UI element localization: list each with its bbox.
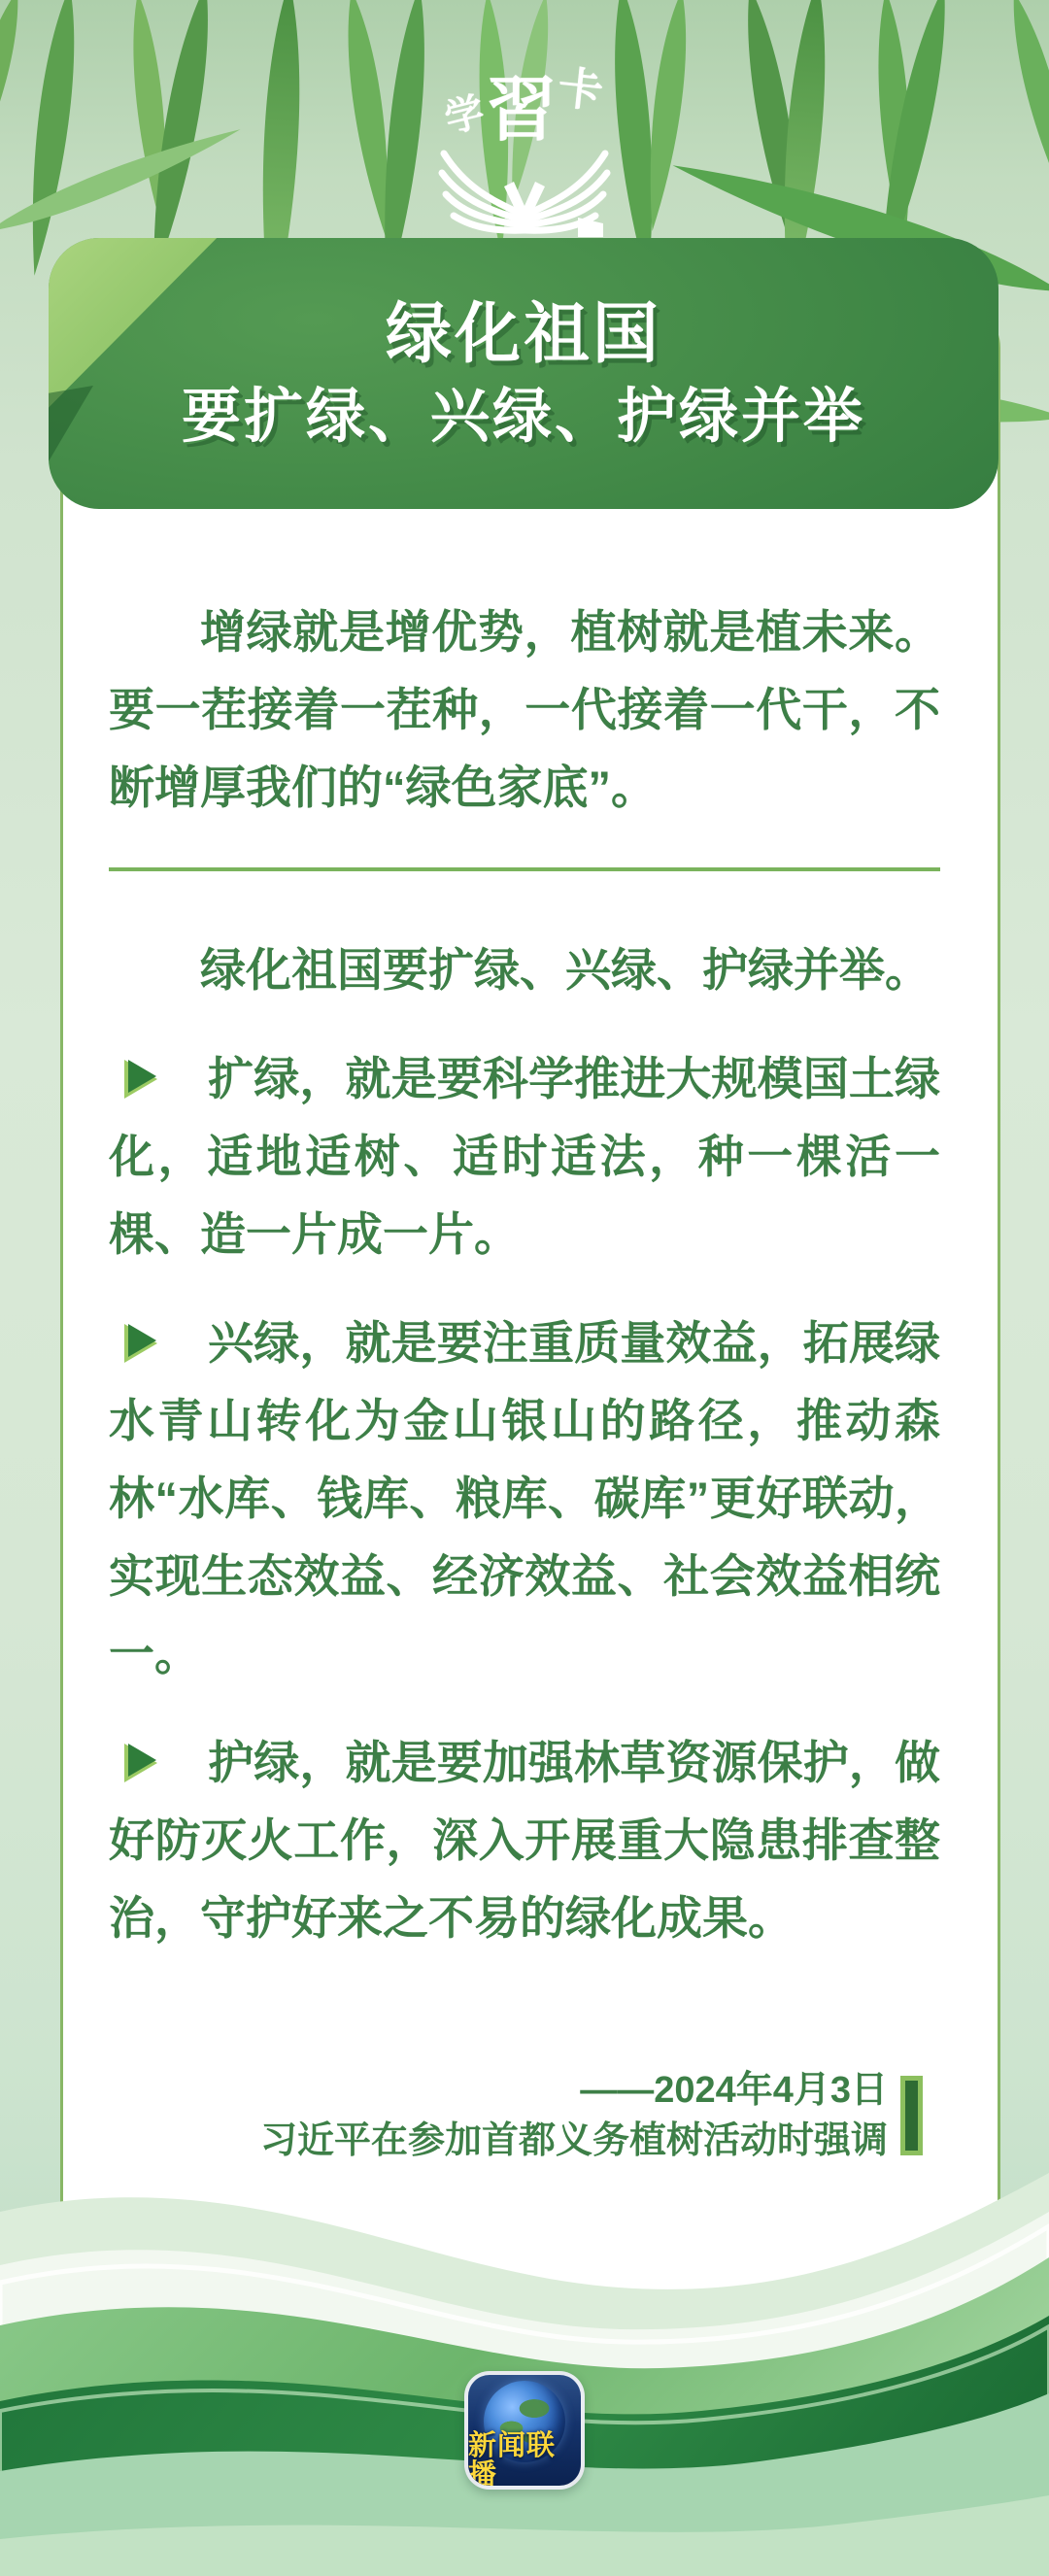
body-content: 增绿就是增优势，植树就是植未来。要一茬接着一茬种，一代接着一代干，不断增厚我们的…	[109, 0, 940, 1957]
attribution-source: 习近平在参加首都义务植树活动时强调	[260, 2116, 888, 2166]
attribution-date: ——2024年4月3日	[260, 2065, 888, 2116]
bullet-text: 护绿，就是要加强林草资源保护，做好防灭火工作，深入开展重大隐患排查整治，守护好来…	[109, 1737, 940, 1944]
news-logo-cn: 新闻联播	[468, 2431, 581, 2490]
triangle-bullet-icon	[124, 1060, 157, 1099]
bullet-item: 扩绿，就是要科学推进大规模国土绿化，适地适树、适时适法，种一棵活一棵、造一片成一…	[109, 1040, 940, 1273]
attribution: ——2024年4月3日 习近平在参加首都义务植树活动时强调	[260, 2065, 923, 2166]
lead-paragraph: 增绿就是增优势，植树就是植未来。要一茬接着一茬种，一代接着一代干，不断增厚我们的…	[109, 593, 940, 827]
bullet-text: 扩绿，就是要科学推进大规模国土绿化，适地适树、适时适法，种一棵活一棵、造一片成一…	[109, 1053, 940, 1260]
bullet-item: 护绿，就是要加强林草资源保护，做好防灭火工作，深入开展重大隐患排查整治，守护好来…	[109, 1724, 940, 1957]
triangle-bullet-icon	[124, 1324, 157, 1363]
bottom-waves-decoration	[0, 2119, 1049, 2576]
poster: 学 習 卡 绿化祖国 要扩绿、兴绿、护绿并举 增	[0, 0, 1049, 2576]
card-fold-shadow	[49, 386, 93, 461]
bullet-text: 兴绿，就是要注重质量效益，拓展绿水青山转化为金山银山的路径，推动森林“水库、钱库…	[109, 1317, 940, 1679]
bullet-item: 兴绿，就是要注重质量效益，拓展绿水青山转化为金山银山的路径，推动森林“水库、钱库…	[109, 1305, 940, 1693]
attribution-bar	[900, 2076, 923, 2155]
news-logo-badge: 新闻联播 XINWEN LIANBO	[464, 2371, 585, 2490]
section-divider	[109, 867, 940, 871]
intro-paragraph: 绿化祖国要扩绿、兴绿、护绿并举。	[109, 932, 940, 1009]
triangle-bullet-icon	[124, 1744, 157, 1782]
